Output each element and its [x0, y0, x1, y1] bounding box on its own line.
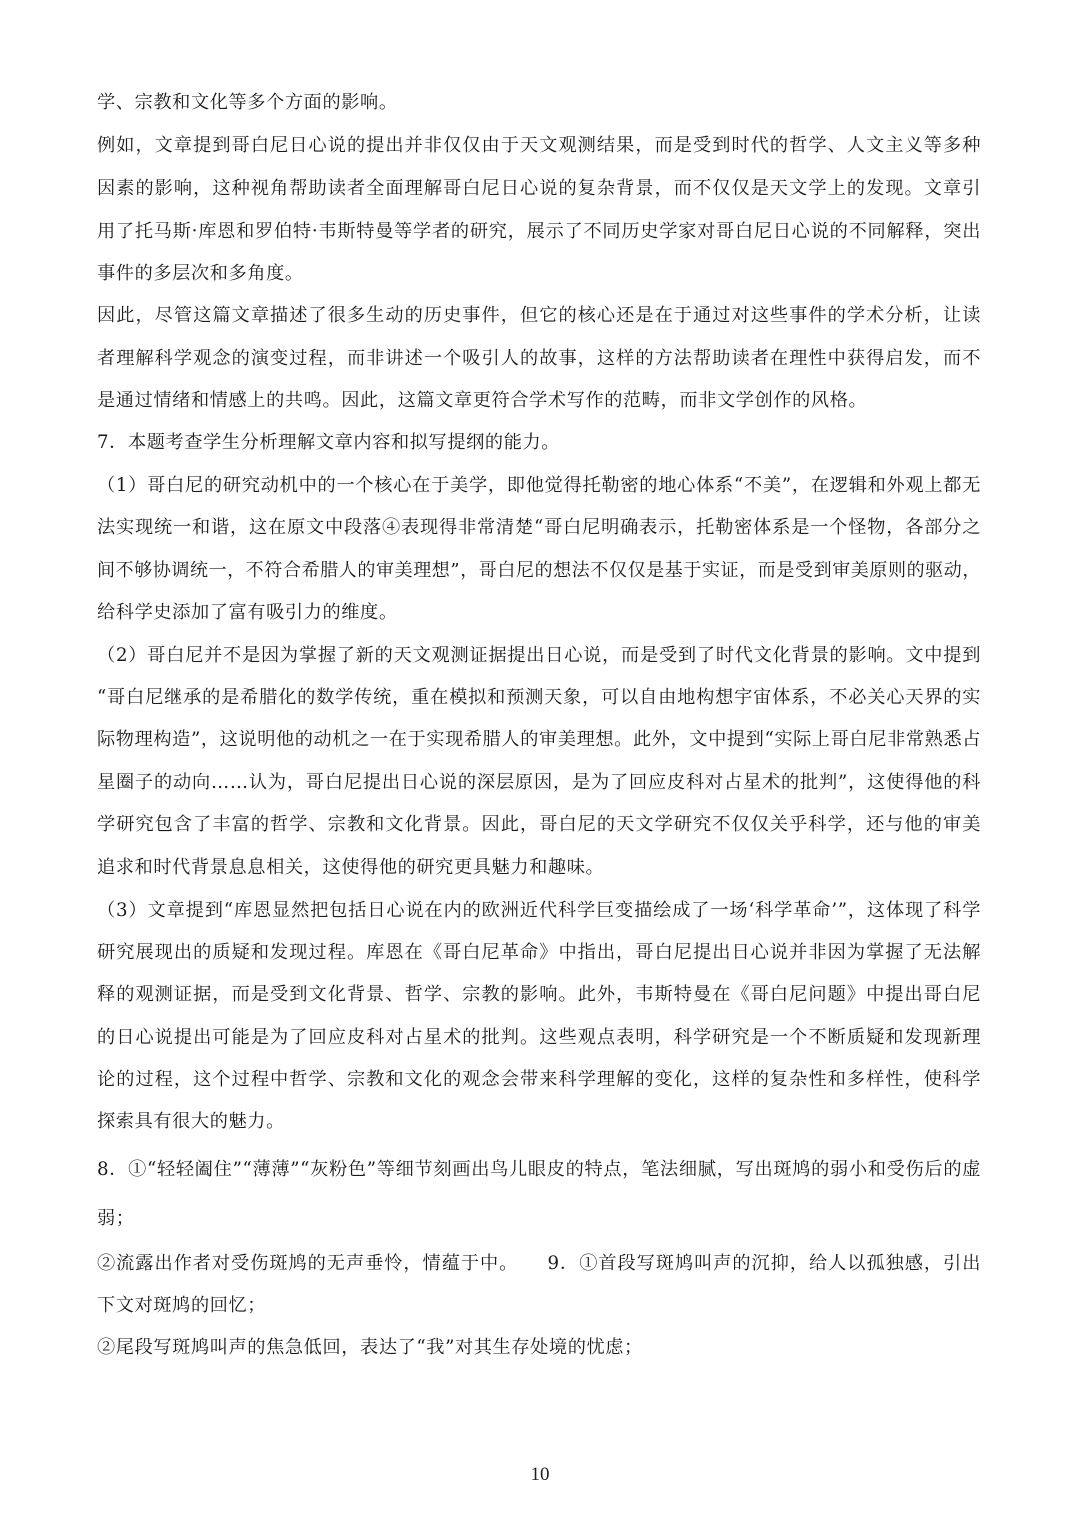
document-page: 学、宗教和文化等多个方面的影响。例如，文章提到哥白尼日心说的提出并非仅仅由于天文… — [0, 0, 1080, 1527]
text-line: 事件的多层次和多角度。 — [97, 259, 981, 289]
text-line: ②流露出作者对受伤斑鸠的无声垂怜，情蕴于中。 9．①首段写斑鸠叫声的沉抑，给人以… — [97, 1249, 981, 1279]
text-line: 者理解科学观念的演变过程，而非讲述一个吸引人的故事，这样的方法帮助读者在理性中获… — [97, 344, 981, 374]
text-line: 例如，文章提到哥白尼日心说的提出并非仅仅由于天文观测结果，而是受到时代的哲学、人… — [97, 131, 981, 161]
text-line: 学研究包含了丰富的哲学、宗教和文化背景。因此，哥白尼的天文学研究不仅仅关乎科学，… — [97, 810, 981, 840]
text-line: （3）文章提到“库恩显然把包括日心说在内的欧洲近代科学巨变描绘成了一场‘科学革命… — [97, 896, 981, 926]
text-line: 因素的影响，这种视角帮助读者全面理解哥白尼日心说的复杂背景，而不仅仅是天文学上的… — [97, 174, 981, 204]
text-line: （1）哥白尼的研究动机中的一个核心在于美学，即他觉得托勒密的地心体系“不美”，在… — [97, 471, 981, 501]
text-line: 间不够协调统一，不符合希腊人的审美理想”，哥白尼的想法不仅仅是基于实证，而是受到… — [97, 556, 981, 586]
text-line: 下文对斑鸠的回忆； — [97, 1291, 981, 1321]
text-line: “哥白尼继承的是希腊化的数学传统，重在模拟和预测天象，可以自由地构想宇宙体系，不… — [97, 683, 981, 713]
text-line: 8．①“轻轻阖住”“薄薄”“灰粉色”等细节刻画出鸟儿眼皮的特点，笔法细腻，写出斑… — [97, 1155, 981, 1185]
text-line: 法实现统一和谐，这在原文中段落④表现得非常清楚“哥白尼明确表示，托勒密体系是一个… — [97, 513, 981, 543]
text-line: 研究展现出的质疑和发现过程。库恩在《哥白尼革命》中指出，哥白尼提出日心说并非因为… — [97, 938, 981, 968]
text-line: 释的观测证据，而是受到文化背景、哲学、宗教的影响。此外，韦斯特曼在《哥白尼问题》… — [97, 980, 981, 1010]
text-line: 际物理构造”，这说明他的动机之一在于实现希腊人的审美理想。此外，文中提到“实际上… — [97, 725, 981, 755]
text-line: ②尾段写斑鸠叫声的焦急低回，表达了“我”对其生存处境的忧虑； — [97, 1333, 981, 1363]
text-line: 论的过程，这个过程中哲学、宗教和文化的观念会带来科学理解的变化，这样的复杂性和多… — [97, 1065, 981, 1095]
text-line: 7．本题考查学生分析理解文章内容和拟写提纲的能力。 — [97, 428, 981, 458]
text-line: 给科学史添加了富有吸引力的维度。 — [97, 598, 981, 628]
text-line: 追求和时代背景息息相关，这使得他的研究更具魅力和趣味。 — [97, 853, 981, 883]
text-line: 是通过情绪和情感上的共鸣。因此，这篇文章更符合学术写作的范畴，而非文学创作的风格… — [97, 386, 981, 416]
text-line: 用了托马斯·库恩和罗伯特·韦斯特曼等学者的研究，展示了不同历史学家对哥白尼日心说… — [97, 217, 981, 247]
text-line: （2）哥白尼并不是因为掌握了新的天文观测证据提出日心说，而是受到了时代文化背景的… — [97, 641, 981, 671]
text-line: 弱； — [97, 1204, 981, 1234]
text-line: 因此，尽管这篇文章描述了很多生动的历史事件，但它的核心还是在于通过对这些事件的学… — [97, 301, 981, 331]
text-line: 星圈子的动向……认为，哥白尼提出日心说的深层原因，是为了回应皮科对占星术的批判”… — [97, 768, 981, 798]
text-line: 的日心说提出可能是为了回应皮科对占星术的批判。这些观点表明，科学研究是一个不断质… — [97, 1023, 981, 1053]
text-line: 探索具有很大的魅力。 — [97, 1107, 981, 1137]
page-number: 10 — [0, 1461, 1080, 1489]
text-line: 学、宗教和文化等多个方面的影响。 — [97, 88, 981, 118]
